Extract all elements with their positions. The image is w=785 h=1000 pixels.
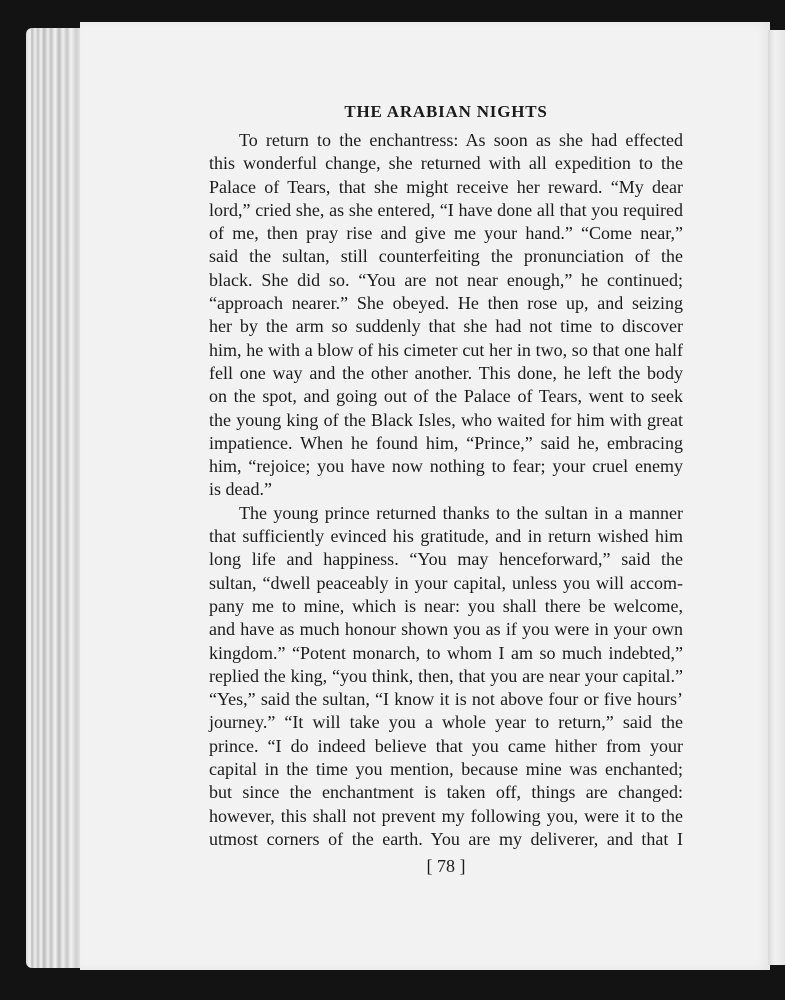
text-line: To return to the enchantress: As soon as… — [209, 129, 683, 152]
text-line: kingdom.” “Potent monarch, to whom I am … — [209, 642, 683, 665]
text-line: sultan, “dwell peaceably in your capital… — [209, 572, 683, 595]
text-line: black. She did so. “You are not near eno… — [209, 269, 683, 292]
scanned-book-spread: THE ARABIAN NIGHTS To return to the ench… — [0, 0, 785, 1000]
text-line: journey.” “It will take you a whole year… — [209, 711, 683, 734]
page-text-block: THE ARABIAN NIGHTS To return to the ench… — [209, 100, 683, 878]
text-line: The young prince returned thanks to the … — [209, 502, 683, 525]
text-line: this wonderful change, she returned with… — [209, 152, 683, 175]
text-line: utmost corners of the earth. You are my … — [209, 828, 683, 851]
page-number: [ 78 ] — [209, 854, 683, 878]
page-edges-stack — [26, 28, 82, 968]
text-line: pany me to mine, which is near: you shal… — [209, 595, 683, 618]
text-line: impatience. When he found him, “Prince,”… — [209, 432, 683, 455]
text-line: her by the arm so suddenly that she had … — [209, 315, 683, 338]
text-line: capital in the time you mention, because… — [209, 758, 683, 781]
facing-page-edge — [768, 30, 785, 965]
text-line: long life and happiness. “You may hencef… — [209, 548, 683, 571]
running-head: THE ARABIAN NIGHTS — [209, 100, 683, 124]
text-line: is dead.” — [209, 478, 683, 501]
text-line: on the spot, and going out of the Palace… — [209, 385, 683, 408]
paragraph-2: The young prince returned thanks to the … — [209, 502, 683, 851]
text-line: that sufficiently evinced his gratitude,… — [209, 525, 683, 548]
text-line: but since the enchantment is taken off, … — [209, 781, 683, 804]
paragraph-1: To return to the enchantress: As soon as… — [209, 129, 683, 502]
text-line: of me, then pray rise and give me your h… — [209, 222, 683, 245]
text-line: “approach nearer.” She obeyed. He then r… — [209, 292, 683, 315]
text-line: fell one way and the other another. This… — [209, 362, 683, 385]
text-line: “Yes,” said the sultan, “I know it is no… — [209, 688, 683, 711]
text-line: said the sultan, still counterfeiting th… — [209, 245, 683, 268]
text-line: and have as much honour shown you as if … — [209, 618, 683, 641]
text-line: the young king of the Black Isles, who w… — [209, 409, 683, 432]
text-line: him, “rejoice; you have now nothing to f… — [209, 455, 683, 478]
text-line: Palace of Tears, that she might receive … — [209, 176, 683, 199]
text-line: replied the king, “you think, then, that… — [209, 665, 683, 688]
text-line: him, he with a blow of his cimeter cut h… — [209, 339, 683, 362]
text-line: however, this shall not prevent my follo… — [209, 805, 683, 828]
text-line: prince. “I do indeed believe that you ca… — [209, 735, 683, 758]
text-line: lord,” cried she, as she entered, “I hav… — [209, 199, 683, 222]
